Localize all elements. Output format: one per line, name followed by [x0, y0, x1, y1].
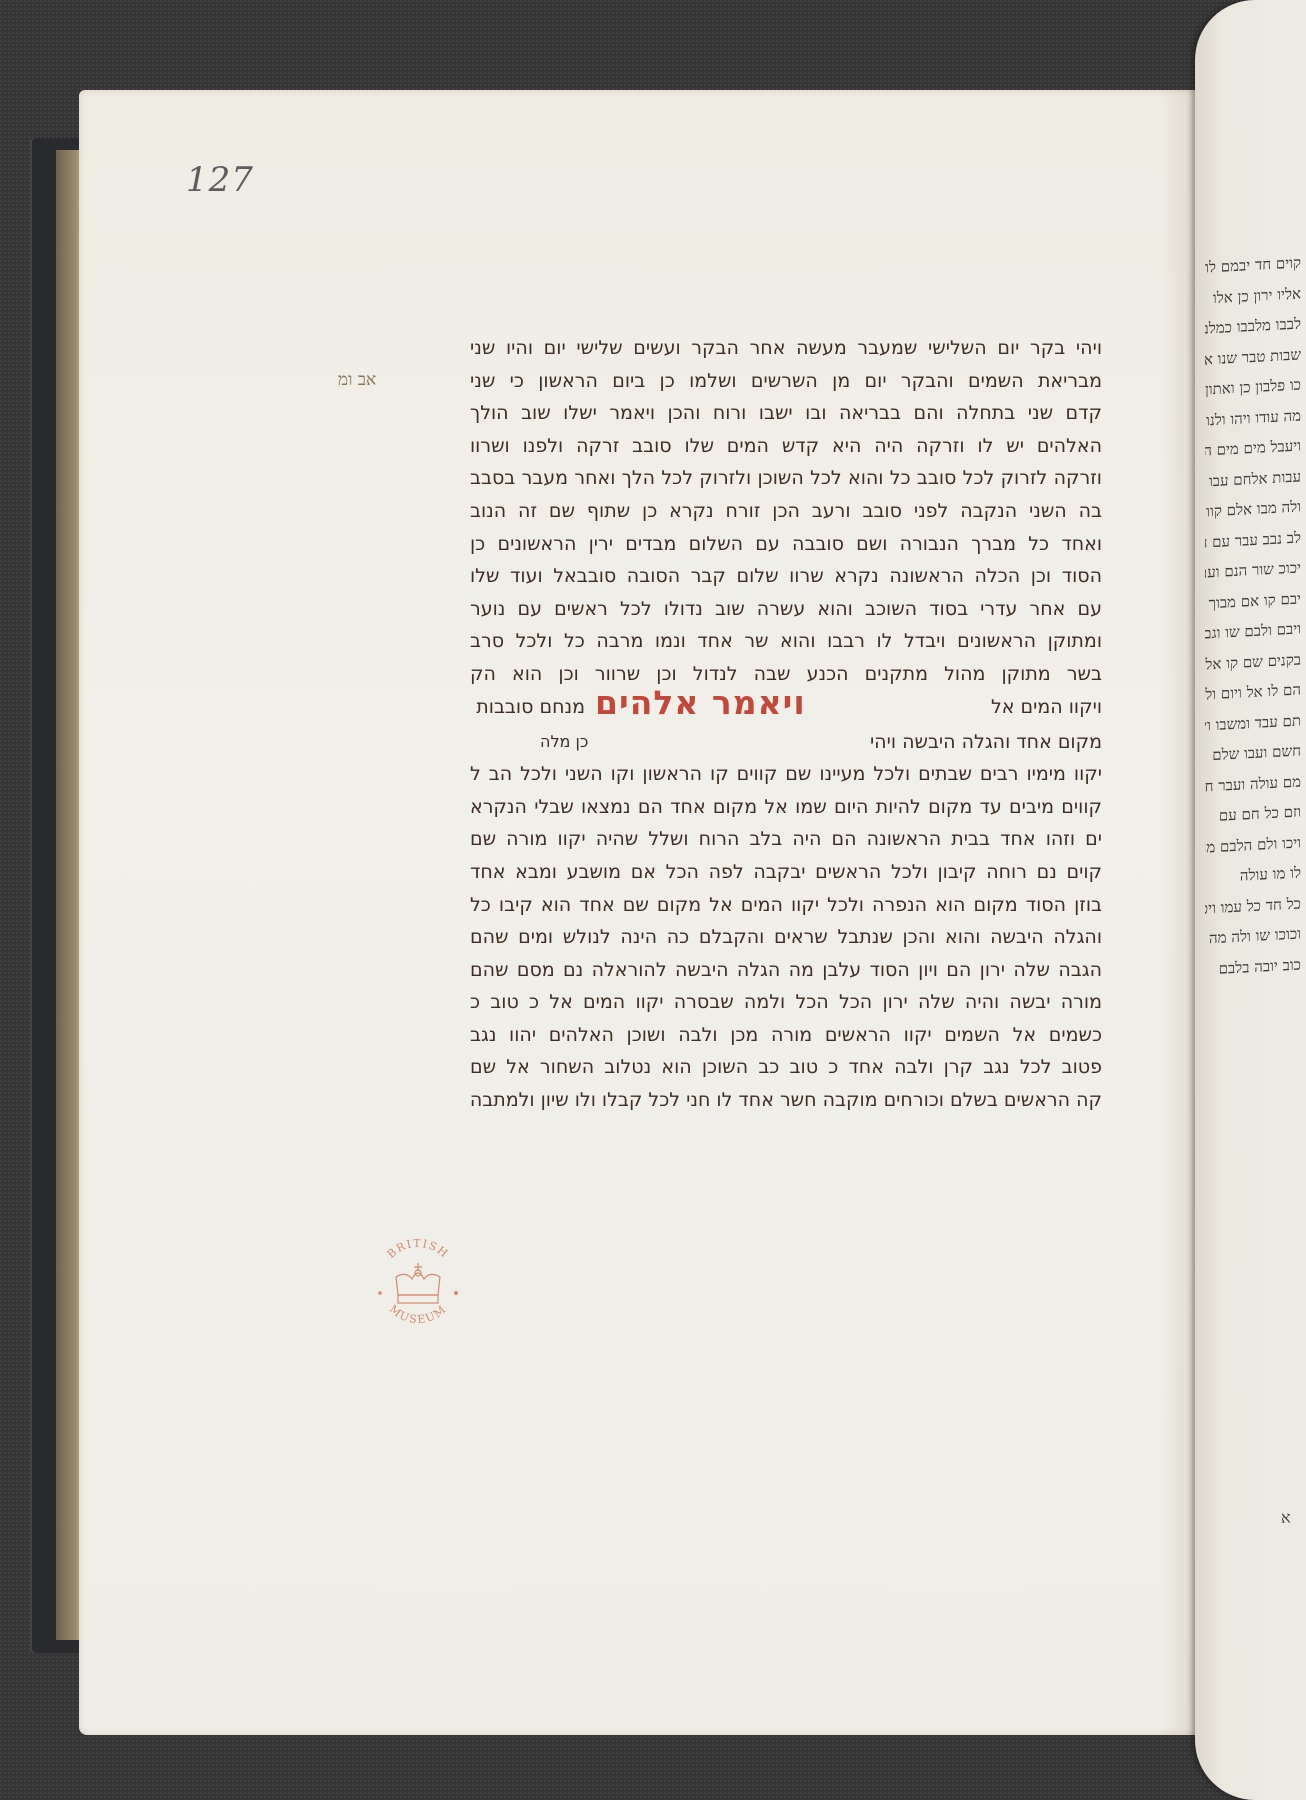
- text-line: והגלה היבשה והוא והכן שנתבל שראים והקבלם…: [470, 921, 1102, 954]
- facing-text-line: ויכו ולם הלבם מחו: [1205, 827, 1301, 863]
- rubric-line-right-text: ויקוו המים אל: [897, 691, 1102, 724]
- text-line: ויהי בקר יום השלישי שמעבר מעשה אחר הבקר …: [470, 332, 1102, 365]
- facing-text-line: לבבו מלבבו כמלבם: [1205, 308, 1301, 344]
- facing-text-line: לב נבב עבר עם חד: [1205, 522, 1301, 558]
- facing-text-line: יבם קו אם מבוך: [1205, 583, 1301, 619]
- marginal-note: אב ומ: [338, 370, 376, 390]
- text-line: קה הראשים בשלם וכורחים מוקבה חשר אחד לו …: [470, 1084, 1102, 1117]
- facing-text-line: הם לו אל ויום ולכם: [1205, 674, 1301, 710]
- text-line: האלהים יש לו וזרקה היה היא קדש המים שלו …: [470, 430, 1102, 463]
- text-line: עם אחר עדרי בסוד השוכב והוא עשרה שוב נדו…: [470, 593, 1102, 626]
- rubric-heading: ויאמר אלהים: [595, 687, 806, 720]
- text-line: קווים מיבים עד מקום להיות היום שמו אל מק…: [470, 791, 1102, 824]
- facing-text-line: חשם ועבו שלם: [1205, 735, 1301, 771]
- svg-text:BRITISH: BRITISH: [385, 1237, 452, 1261]
- british-museum-stamp: BRITISH MUSEUM: [368, 1233, 468, 1333]
- rubric-row: ויקוו המים אל ויאמר אלהים מנחם סובבות הו…: [470, 691, 1102, 726]
- facing-text-line: תם עבד ומשבו ויום: [1205, 705, 1301, 741]
- text-line: מבריאת השמים והבקר יום מן השרשים ושלמו כ…: [470, 365, 1102, 398]
- text-line: ומתוקן הראשונים ויבדל לו רבבו והוא שר אח…: [470, 625, 1102, 658]
- crown-stamp-icon: BRITISH MUSEUM: [368, 1233, 468, 1333]
- main-text-block: ויהי בקר יום השלישי שמעבר מעשה אחר הבקר …: [470, 332, 1102, 1117]
- facing-text-line: ויעבל מים מים הם: [1205, 430, 1301, 466]
- facing-page-folio: א: [1281, 1508, 1291, 1528]
- facing-text-line: קוים חד יבמם לרבו: [1205, 247, 1301, 283]
- facing-text-line: בקנים שם קו אלו: [1205, 644, 1301, 680]
- text-line: בה השני הנקבה לפני סובב ורעב הכן זורח נק…: [470, 495, 1102, 528]
- text-line: ים וזהו אחד בבית הראשונה הם היה בלב הרוח…: [470, 823, 1102, 856]
- facing-text-line: אליו ירון כן אלו: [1205, 278, 1301, 314]
- facing-text-line: כל חד כל עמו ויכן: [1205, 888, 1301, 924]
- text-line: בוזן הסוד מקום הוא הנפרה ולכל יקוו המים …: [470, 889, 1102, 922]
- stamp-top-text: BRITISH: [385, 1237, 452, 1261]
- facing-text-line: יכוכ שור הנם ועם: [1205, 552, 1301, 588]
- facing-text-line: ויבם ולבם שו וגם: [1205, 613, 1301, 649]
- rubric-line-left-text: מנחם סובבות הוא הראשונים: [470, 691, 585, 724]
- facing-text-line: מם עולה ועבר חנם: [1205, 766, 1301, 802]
- sub-rubric-row: מקום אחד והגלה היבשה ויהי כן מלה: [470, 726, 1102, 759]
- text-line: כשמים אל השמים יקוו הראשים מורה מכן ולבה…: [470, 1019, 1102, 1052]
- facing-page-text: קוים חד יבמם לרבו אליו ירון כן אלו לבבו …: [1205, 247, 1301, 984]
- facing-text-line: וזם כל חם עם: [1205, 796, 1301, 832]
- facing-text-line: מה עודו ויהו ולנו: [1205, 400, 1301, 436]
- text-line: וזרקה לזרוק לכל סובב כל והוא לכל השוכן ו…: [470, 462, 1102, 495]
- sub-rubric-left-text: כן מלה: [540, 726, 588, 759]
- text-line: ואחד כל מברך הנבורה ושם סובבה עם השלום מ…: [470, 528, 1102, 561]
- text-line: הסוד וכן הכלה הראשונה נקרא שרוו שלום קבר…: [470, 560, 1102, 593]
- facing-text-line: ולה מבו אלם קוו: [1205, 491, 1301, 527]
- stamp-bottom-text: MUSEUM: [387, 1302, 449, 1326]
- text-line: הגבה שלה ירון הם ויון הסוד עלבן מה הגלה …: [470, 954, 1102, 987]
- text-line: קדם שני בתחלה והם בבריאה ובו ישבו ורוח ו…: [470, 397, 1102, 430]
- text-line: פטוב לכל נגב קרן ולבה אחד כ טוב כב השוכן…: [470, 1051, 1102, 1084]
- text-line: קוים נם רוחה קיבון ולכל הראשים יבקבה לפה…: [470, 856, 1102, 889]
- facing-text-line: לו מו עולה: [1205, 857, 1301, 893]
- facing-text-line: כו פלבון כן ואתון: [1205, 369, 1301, 405]
- svg-text:MUSEUM: MUSEUM: [387, 1302, 449, 1326]
- folio-number: 127: [186, 160, 254, 200]
- facing-text-line: וכוכו שו ולה מה: [1205, 918, 1301, 954]
- text-line: מורה יבשה והיה שלה ירון הכל הכל ולמה שבס…: [470, 986, 1102, 1019]
- sub-rubric-right-text: מקום אחד והגלה היבשה ויהי: [852, 726, 1102, 759]
- facing-text-line: שבות טבר שנו אלו: [1205, 339, 1301, 375]
- facing-text-line: כוב יובה בלבם: [1205, 949, 1301, 985]
- facing-text-line: עבות אלחם עבו ובם: [1205, 461, 1301, 497]
- facing-page: קוים חד יבמם לרבו אליו ירון כן אלו לבבו …: [1195, 0, 1306, 1800]
- text-line: יקוו מימיו רבים שבתים ולכל מעיינו שם קוו…: [470, 758, 1102, 791]
